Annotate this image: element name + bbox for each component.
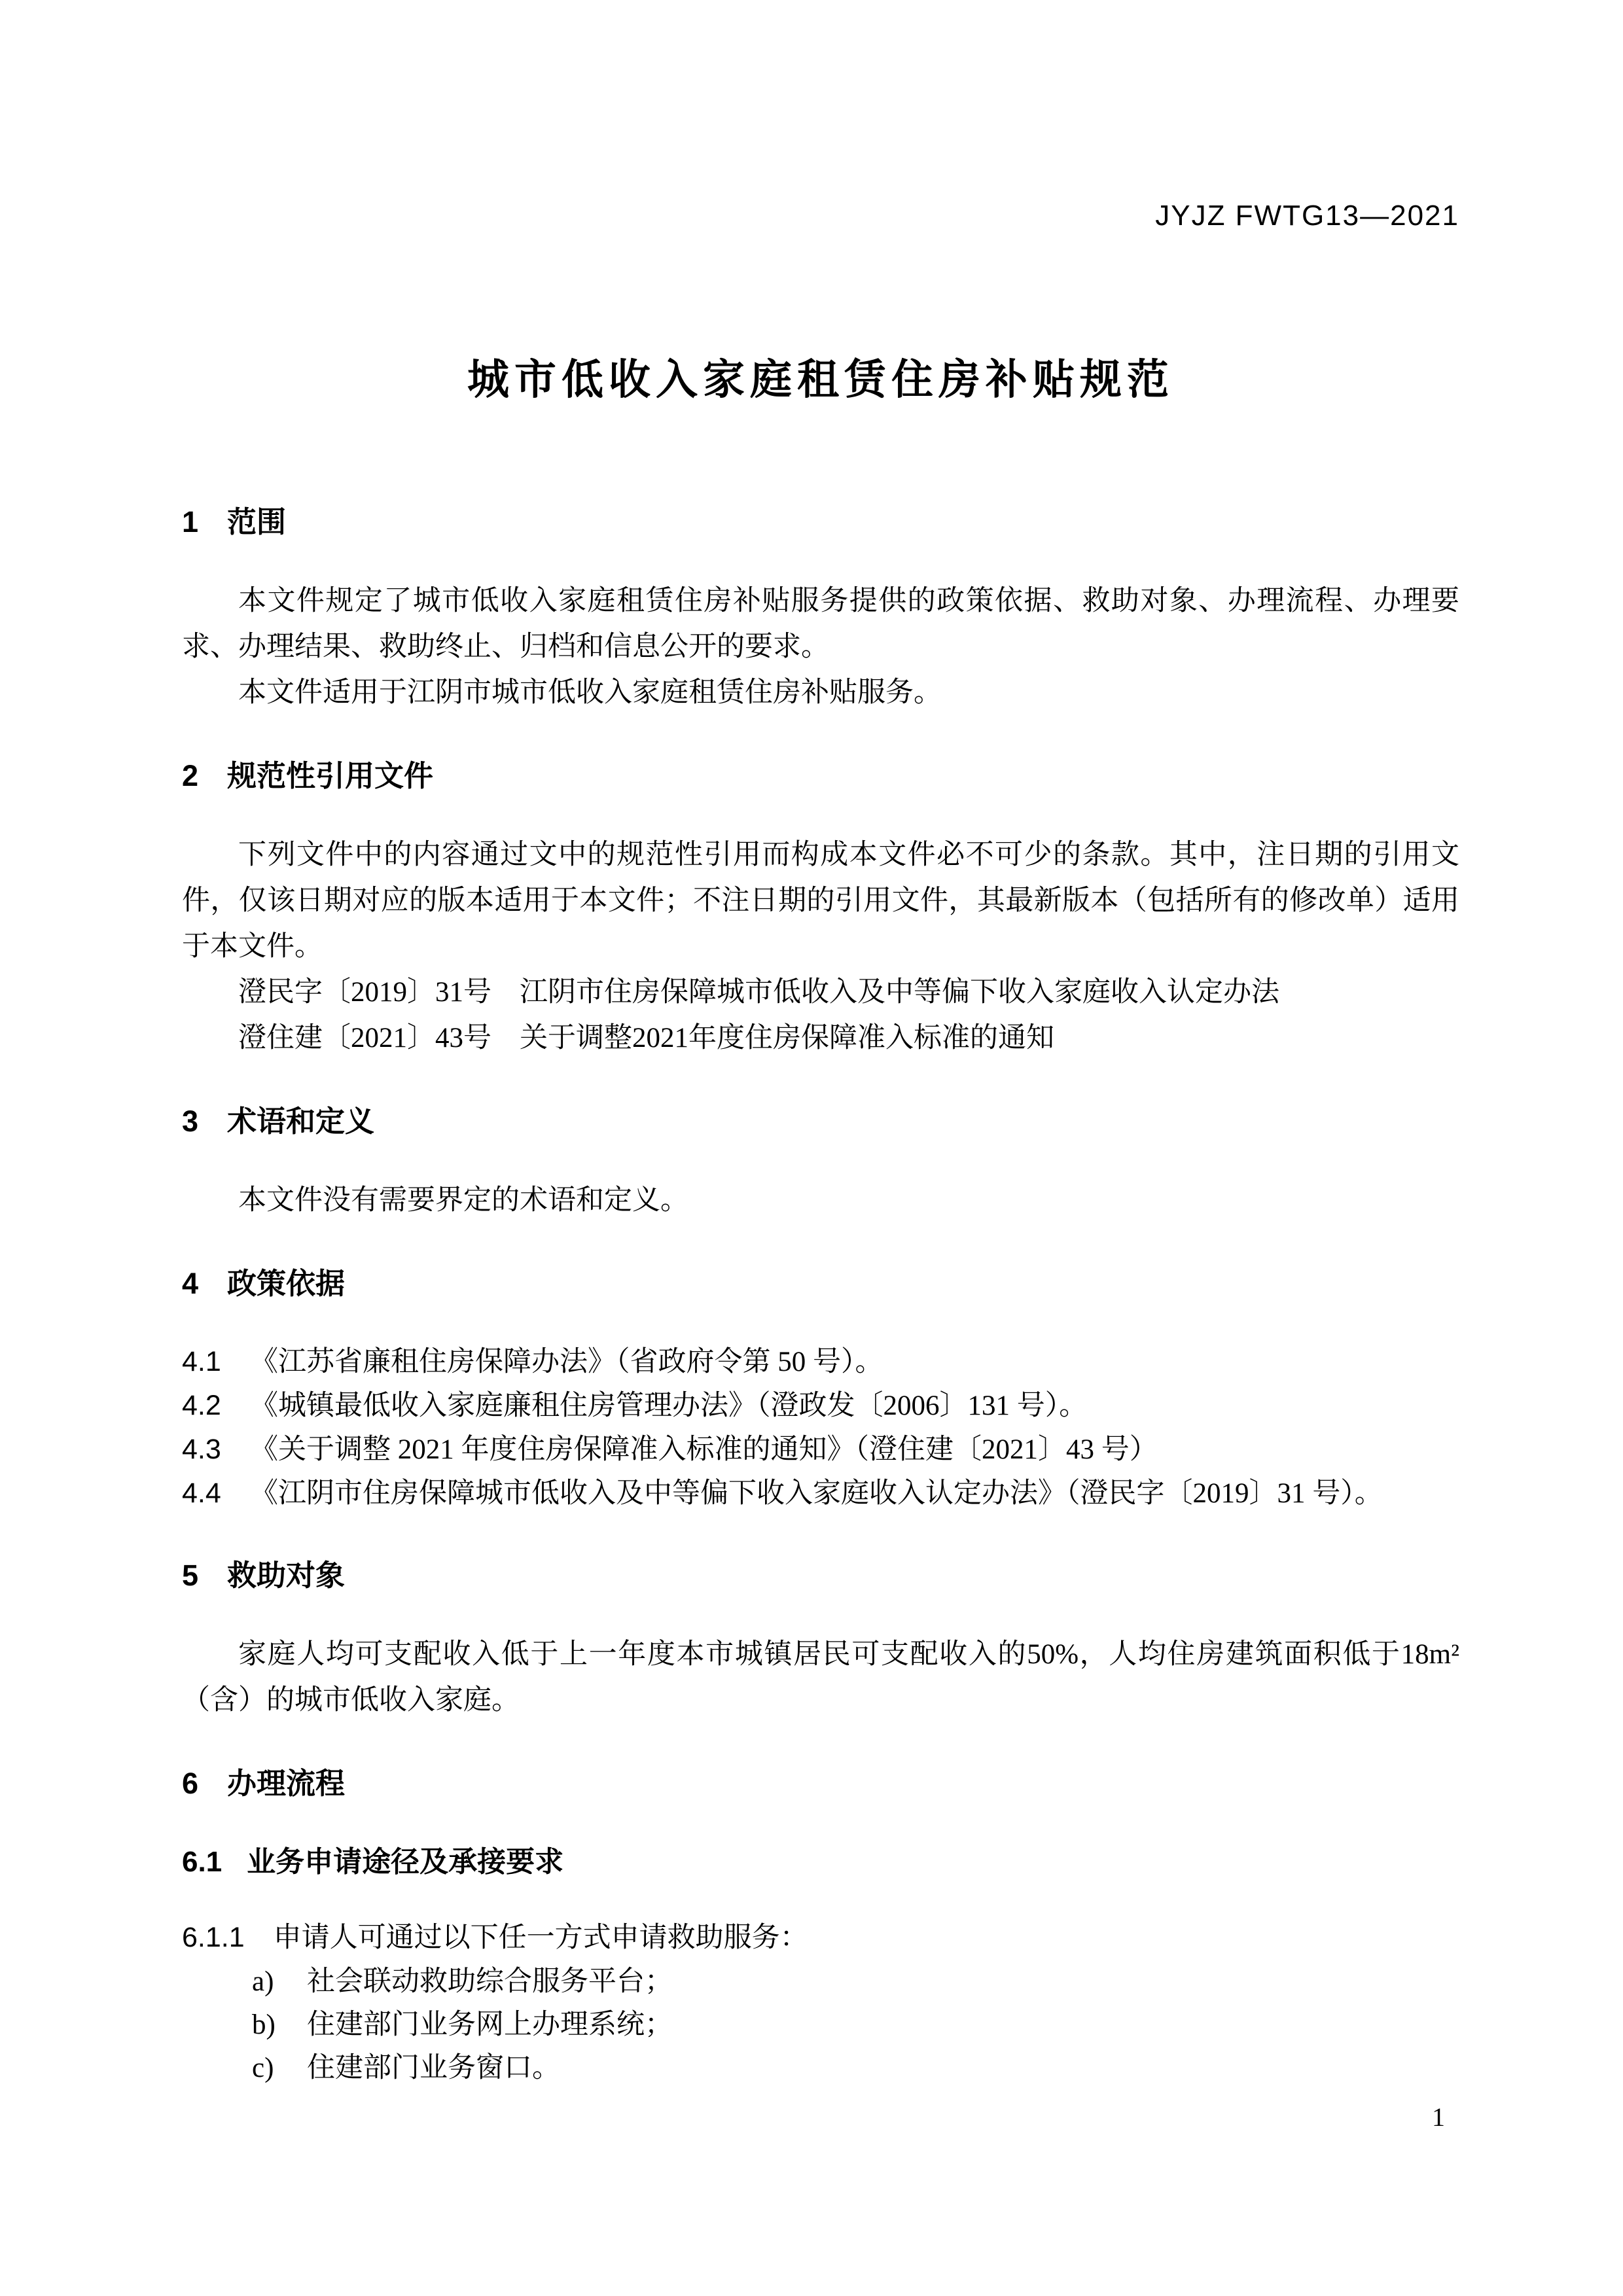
section-6-number: 6 <box>182 1767 198 1800</box>
policy-item: 4.1《江苏省廉租住房保障办法》（省政府令第 50 号）。 <box>182 1340 1459 1384</box>
section-6-heading: 6办理流程 <box>182 1764 1459 1803</box>
option-text: 住建部门业务网上办理系统； <box>307 2009 673 2040</box>
section-3-heading: 3术语和定义 <box>182 1102 1459 1141</box>
reference-entry-1: 澄民字〔2019〕31号 江阴市住房保障城市低收入及中等偏下收入家庭收入认定办法 <box>182 970 1459 1016</box>
subsection-6-1-heading: 6.1业务申请途径及承接要求 <box>182 1843 1459 1882</box>
policy-item-text: 《江阴市住房保障城市低收入及中等偏下收入家庭收入认定办法》（澄民字〔2019〕3… <box>250 1478 1383 1509</box>
section-1-heading: 1范围 <box>182 503 1459 542</box>
policy-item-text: 《城镇最低收入家庭廉租住房管理办法》（澄政发〔2006〕131 号）。 <box>250 1390 1087 1421</box>
document-page: JYJZ FWTG13—2021 城市低收入家庭租赁住房补贴规范 1范围 本文件… <box>0 0 1623 2296</box>
option-item-a: a)社会联动救助综合服务平台； <box>182 1960 1459 2004</box>
policy-item: 4.4《江阴市住房保障城市低收入及中等偏下收入家庭收入认定办法》（澄民字〔201… <box>182 1472 1459 1515</box>
references-paragraph: 下列文件中的内容通过文中的规范性引用而构成本文件必不可少的条款。其中，注日期的引… <box>182 832 1459 970</box>
scope-paragraph-2: 本文件适用于江阴市城市低收入家庭租赁住房补贴服务。 <box>182 670 1459 716</box>
policy-item-number: 4.4 <box>182 1472 250 1515</box>
section-2-heading: 2规范性引用文件 <box>182 756 1459 796</box>
section-3-title: 术语和定义 <box>227 1104 374 1138</box>
doc-title: 城市低收入家庭租赁住房补贴规范 <box>182 353 1459 406</box>
policy-item-number: 4.3 <box>182 1428 250 1472</box>
section-2-title: 规范性引用文件 <box>227 759 433 792</box>
policy-item-number: 4.2 <box>182 1384 250 1428</box>
option-item-c: c)住建部门业务窗口。 <box>182 2047 1459 2090</box>
section-4-title: 政策依据 <box>227 1267 345 1300</box>
page-number: 1 <box>1432 2102 1445 2133</box>
option-marker: c) <box>252 2047 307 2090</box>
option-text: 社会联动救助综合服务平台； <box>307 1966 673 1997</box>
section-6-title: 办理流程 <box>227 1767 345 1800</box>
policy-item-text: 《江苏省廉租住房保障办法》（省政府令第 50 号）。 <box>250 1347 883 1377</box>
section-1-title: 范围 <box>227 505 286 539</box>
doc-code: JYJZ FWTG13—2021 <box>182 200 1459 232</box>
section-5-number: 5 <box>182 1559 198 1592</box>
clause-6-1-1-text: 申请人可通过以下任一方式申请救助服务： <box>274 1922 808 1953</box>
policy-item: 4.2《城镇最低收入家庭廉租住房管理办法》（澄政发〔2006〕131 号）。 <box>182 1384 1459 1428</box>
clause-6-1-1: 6.1.1申请人可通过以下任一方式申请救助服务： <box>182 1915 1459 1960</box>
section-4-heading: 4政策依据 <box>182 1264 1459 1303</box>
section-5-heading: 5救助对象 <box>182 1556 1459 1595</box>
subsection-6-1-number: 6.1 <box>182 1846 222 1878</box>
section-2-number: 2 <box>182 759 198 792</box>
policy-item-number: 4.1 <box>182 1340 250 1384</box>
option-marker: b) <box>252 2004 307 2047</box>
clause-6-1-1-number: 6.1.1 <box>182 1922 245 1953</box>
section-5-title: 救助对象 <box>227 1559 345 1592</box>
option-item-b: b)住建部门业务网上办理系统； <box>182 2004 1459 2047</box>
section-1-number: 1 <box>182 505 198 539</box>
section-4-number: 4 <box>182 1267 198 1300</box>
targets-paragraph: 家庭人均可支配收入低于上一年度本市城镇居民可支配收入的50%，人均住房建筑面积低… <box>182 1632 1459 1723</box>
policy-item: 4.3《关于调整 2021 年度住房保障准入标准的通知》（澄住建〔2021〕43… <box>182 1428 1459 1472</box>
option-text: 住建部门业务窗口。 <box>307 2053 560 2083</box>
policy-item-text: 《关于调整 2021 年度住房保障准入标准的通知》（澄住建〔2021〕43 号） <box>250 1434 1158 1465</box>
scope-paragraph-1: 本文件规定了城市低收入家庭租赁住房补贴服务提供的政策依据、救助对象、办理流程、办… <box>182 578 1459 670</box>
reference-entry-2: 澄住建〔2021〕43号 关于调整2021年度住房保障准入标准的通知 <box>182 1016 1459 1061</box>
terms-paragraph: 本文件没有需要界定的术语和定义。 <box>182 1178 1459 1224</box>
section-3-number: 3 <box>182 1104 198 1138</box>
option-marker: a) <box>252 1960 307 2004</box>
subsection-6-1-title: 业务申请途径及承接要求 <box>247 1846 563 1878</box>
